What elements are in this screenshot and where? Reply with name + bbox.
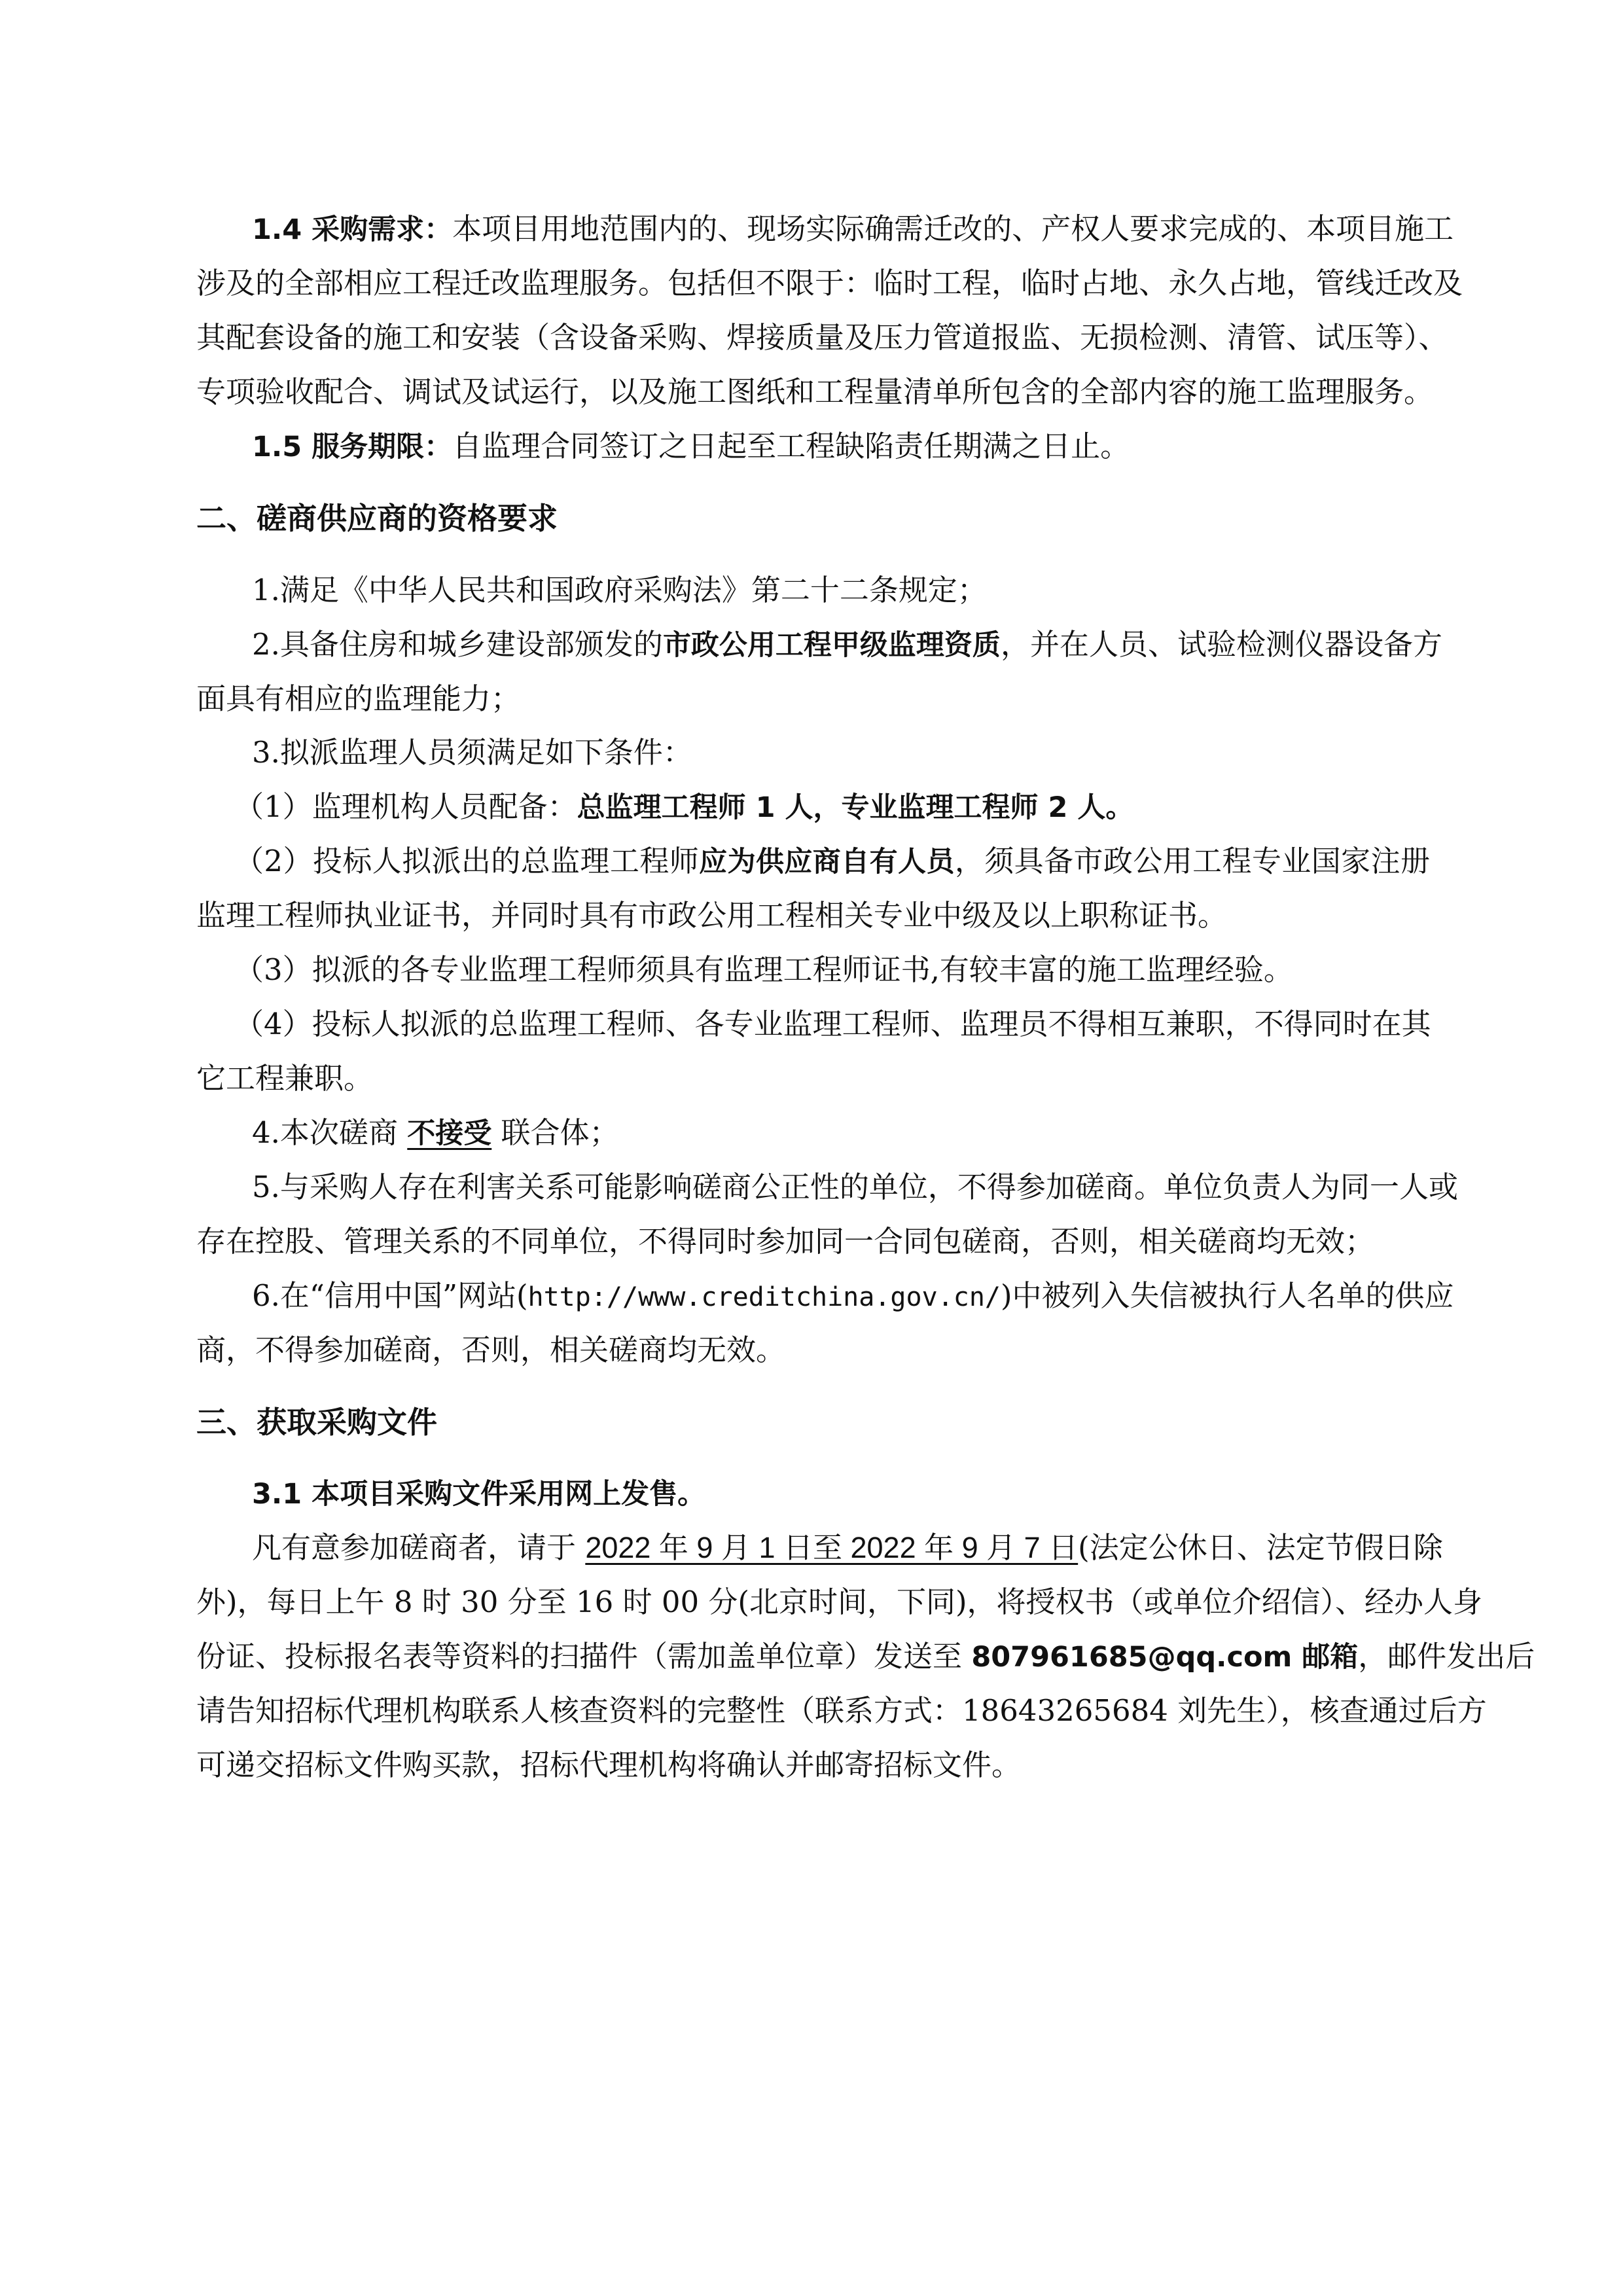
text: )中被列入失信被执行人名单的供应 <box>1001 1278 1454 1313</box>
qual-sub-2-line-2: 监理工程师执业证书，并同时具有市政公用工程相关专业中级及以上职称证书。 <box>196 896 1430 935</box>
qual-item-3: 3.拟派监理人员须满足如下条件： <box>252 733 1430 772</box>
text: 份证、投标报名表等资料的扫描件（需加盖单位章）发送至 <box>196 1639 971 1674</box>
qual-sub-1: （1）监理机构人员配备：总监理工程师 1 人，专业监理工程师 2 人。 <box>234 787 1430 827</box>
qual-sub-2-line-1: （2）投标人拟派出的总监理工程师应为供应商自有人员，须具备市政公用工程专业国家注… <box>234 842 1430 881</box>
text: 6.在“信用中国”网站( <box>252 1278 528 1313</box>
label-service-period: 1.5 服务期限： <box>252 431 452 463</box>
para-3-1: 3.1 本项目采购文件采用网上发售。 <box>252 1474 1430 1513</box>
apply-line-2: 外)，每日上午 8 时 30 分至 16 时 00 分(北京时间，下同)，将授权… <box>196 1583 1430 1622</box>
label-procurement-requirement: 1.4 采购需求： <box>252 213 452 246</box>
qual-item-2-line-1: 2.具备住房和城乡建设部颁发的市政公用工程甲级监理资质，并在人员、试验检测仪器设… <box>252 625 1430 664</box>
qual-item-5-line-2: 存在控股、管理关系的不同单位，不得同时参加同一合同包磋商，否则，相关磋商均无效； <box>196 1222 1430 1261</box>
text: ，邮件发出后 <box>1358 1639 1535 1674</box>
staffing-emphasis: 总监理工程师 1 人，专业监理工程师 2 人。 <box>577 791 1134 824</box>
text: ，并在人员、试验检测仪器设备方 <box>1001 627 1442 662</box>
section-2-heading: 二、磋商供应商的资格要求 <box>196 497 558 539</box>
qual-item-1: 1.满足《中华人民共和国政府采购法》第二十二条规定； <box>252 571 1430 610</box>
para-1-5: 1.5 服务期限：自监理合同签订之日起至工程缺陷责任期满之日止。 <box>252 427 1430 466</box>
date-range: 2022 年 9 月 1 日至 2022 年 9 月 7 日 <box>585 1531 1078 1564</box>
online-sale-notice: 3.1 本项目采购文件采用网上发售。 <box>252 1478 705 1511</box>
text: (法定公休日、法定节假日除 <box>1078 1530 1443 1565</box>
text: 4.本次磋商 <box>252 1115 407 1150</box>
qual-sub-4-line-2: 它工程兼职。 <box>196 1059 1430 1098</box>
qualification-emphasis: 市政公用工程甲级监理资质 <box>663 629 1001 662</box>
text: （2）投标人拟派出的总监理工程师 <box>234 844 699 878</box>
qual-sub-3: （3）拟派的各专业监理工程师须具有监理工程师证书,有较丰富的施工监理经验。 <box>234 950 1430 990</box>
text: 联合体； <box>491 1115 618 1150</box>
qual-item-6-line-1: 6.在“信用中国”网站(http://www.creditchina.gov.c… <box>252 1276 1430 1316</box>
own-staff-emphasis: 应为供应商自有人员 <box>699 846 955 878</box>
apply-line-3: 份证、投标报名表等资料的扫描件（需加盖单位章）发送至 807961685@qq.… <box>196 1637 1430 1676</box>
para-1-4-line-3: 其配套设备的施工和安装（含设备采购、焊接质量及压力管道报监、无损检测、清管、试压… <box>196 318 1430 357</box>
qual-item-4: 4.本次磋商 不接受 联合体； <box>252 1113 1430 1153</box>
text: 本项目用地范围内的、现场实际确需迁改的、产权人要求完成的、本项目施工 <box>452 211 1454 246</box>
text: ，须具备市政公用工程专业国家注册 <box>955 844 1430 878</box>
para-1-4-line-2: 涉及的全部相应工程迁改监理服务。包括但不限于：临时工程，临时占地、永久占地，管线… <box>196 264 1430 303</box>
apply-line-4: 请告知招标代理机构联系人核查资料的完整性（联系方式：18643265684 刘先… <box>196 1691 1430 1731</box>
email-address[interactable]: 807961685@qq.com 邮箱 <box>971 1641 1358 1674</box>
qual-item-6-line-2: 商，不得参加磋商，否则，相关磋商均无效。 <box>196 1331 1430 1370</box>
creditchina-link[interactable]: http://www.creditchina.gov.cn/ <box>528 1282 1001 1312</box>
para-1-4-line-1: 1.4 采购需求：本项目用地范围内的、现场实际确需迁改的、产权人要求完成的、本项… <box>252 209 1430 249</box>
para-1-4-line-4: 专项验收配合、调试及试运行，以及施工图纸和工程量清单所包含的全部内容的施工监理服… <box>196 372 1430 412</box>
qual-item-2-line-2: 面具有相应的监理能力； <box>196 679 1430 719</box>
text: 2.具备住房和城乡建设部颁发的 <box>252 627 663 662</box>
apply-line-5: 可递交招标文件购买款，招标代理机构将确认并邮寄招标文件。 <box>196 1746 1430 1785</box>
document-page: 1.4 采购需求：本项目用地范围内的、现场实际确需迁改的、产权人要求完成的、本项… <box>0 0 1623 2296</box>
consortium-not-accepted: 不接受 <box>407 1117 491 1150</box>
qual-sub-4-line-1: （4）投标人拟派的总监理工程师、各专业监理工程师、监理员不得相互兼职，不得同时在… <box>234 1005 1430 1044</box>
apply-line-1: 凡有意参加磋商者，请于 2022 年 9 月 1 日至 2022 年 9 月 7… <box>252 1528 1430 1568</box>
section-3-heading: 三、获取采购文件 <box>196 1401 437 1443</box>
qual-item-5-line-1: 5.与采购人存在利害关系可能影响磋商公正性的单位，不得参加磋商。单位负责人为同一… <box>252 1168 1430 1207</box>
text: 自监理合同签订之日起至工程缺陷责任期满之日止。 <box>452 429 1130 463</box>
text: （1）监理机构人员配备： <box>234 789 577 824</box>
text: 凡有意参加磋商者，请于 <box>252 1530 585 1565</box>
